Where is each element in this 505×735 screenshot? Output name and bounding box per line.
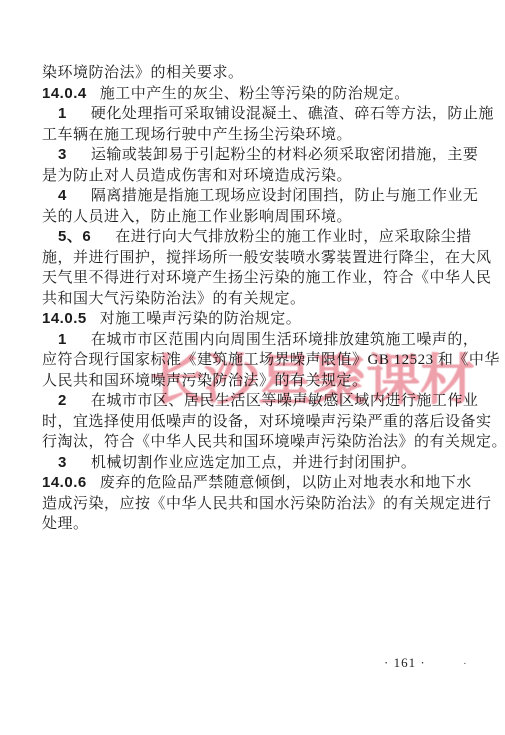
clause-number: 14.0.4 [42, 85, 87, 102]
text-line: 14.0.5对施工噪声污染的防治规定。 [42, 309, 463, 330]
text-line: 14.0.6废弃的危险品严禁随意倾倒，以防止对地表水和地下水 [42, 473, 463, 494]
text-line: 是为防止对人员造成伤害和对环境造成污染。 [42, 166, 463, 187]
clause-number: 14.0.5 [42, 310, 87, 327]
clause-number: 2 [58, 392, 67, 409]
text-line: 处理。 [42, 514, 463, 535]
text-line: 行淘汰，符合《中华人民共和国环境噪声污染防治法》的有关规定。 [42, 432, 463, 453]
text-line: 共和国大气污染防治法》的有关规定。 [42, 289, 463, 310]
text-line: 2在城市市区、居民生活区等噪声敏感区域内进行施工作业 [42, 391, 463, 412]
text-line: 3运输或装卸易于引起粉尘的材料必须采取密闭措施，主要 [42, 145, 463, 166]
clause-number: 4 [58, 187, 67, 204]
line-text: 机械切割作业应选定加工点，并进行封闭围护。 [91, 455, 417, 471]
line-text: 天气里不得进行对环境产生扬尘污染的施工作业，符合《中华人民 [42, 270, 492, 286]
line-text: 关的人员进入，防止施工作业影响周围环境。 [42, 209, 352, 225]
clause-number: 3 [58, 454, 67, 471]
clause-number: 1 [58, 331, 67, 348]
text-line: 3机械切割作业应选定加工点，并进行封闭围护。 [42, 453, 463, 474]
line-text: 硬化处理指可采取铺设混凝土、礁渣、碎石等方法，防止施 [91, 106, 494, 122]
line-text: 造成污染，应按《中华人民共和国水污染防治法》的有关规定进行 [42, 496, 492, 512]
line-text: 在进行向大气排放粉尘的施工作业时，应采取除尘措 [115, 229, 472, 245]
line-text: 在城市市区范围内向周围生活环境排放建筑施工噪声的， [91, 332, 479, 348]
body-text: 染环境防治法》的相关要求。14.0.4施工中产生的灰尘、粉尘等污染的防治规定。1… [42, 63, 463, 535]
clause-number: 14.0.6 [42, 474, 87, 491]
line-text: 共和国大气污染防治法》的有关规定。 [42, 291, 306, 307]
line-text: 在城市市区、居民生活区等噪声敏感区域内进行施工作业 [91, 393, 479, 409]
clause-number: 3 [58, 146, 67, 163]
clause-number: 1 [58, 105, 67, 122]
scan-artifact-dot: · [463, 658, 467, 670]
page-number: · 161 · [384, 655, 426, 671]
text-line: 天气里不得进行对环境产生扬尘污染的施工作业，符合《中华人民 [42, 268, 463, 289]
line-text: 应符合现行国家标准《建筑施工场界噪声限值》GB 12523 和《中华 [42, 352, 500, 368]
line-text: 对施工噪声污染的防治规定。 [100, 311, 302, 327]
line-text: 染环境防治法》的相关要求。 [42, 65, 244, 81]
line-text: 废弃的危险品严禁随意倾倒，以防止对地表水和地下水 [100, 475, 472, 491]
text-line: 人民共和国环境噪声污染防治法》的有关规定。 [42, 371, 463, 392]
text-line: 造成污染，应按《中华人民共和国水污染防治法》的有关规定进行 [42, 494, 463, 515]
text-line: 时，宜选择使用低噪声的设备，对环境噪声污染严重的落后设备实 [42, 412, 463, 433]
document-page: 染环境防治法》的相关要求。14.0.4施工中产生的灰尘、粉尘等污染的防治规定。1… [0, 0, 505, 735]
line-text: 行淘汰，符合《中华人民共和国环境噪声污染防治法》的有关规定。 [42, 434, 505, 450]
text-line: 施，并进行围护，搅拌场所一般安装喷水雾装置进行降尘，在大风 [42, 248, 463, 269]
line-text: 处理。 [42, 516, 89, 532]
text-line: 4隔离措施是指施工现场应设封闭围挡，防止与施工作业无 [42, 186, 463, 207]
text-line: 染环境防治法》的相关要求。 [42, 63, 463, 84]
line-text: 施工中产生的灰尘、粉尘等污染的防治规定。 [100, 86, 410, 102]
text-line: 5、6在进行向大气排放粉尘的施工作业时，应采取除尘措 [42, 227, 463, 248]
text-line: 14.0.4施工中产生的灰尘、粉尘等污染的防治规定。 [42, 84, 463, 105]
line-text: 运输或装卸易于引起粉尘的材料必须采取密闭措施，主要 [91, 147, 479, 163]
text-line: 工车辆在施工现场行驶中产生扬尘污染环境。 [42, 125, 463, 146]
line-text: 时，宜选择使用低噪声的设备，对环境噪声污染严重的落后设备实 [42, 414, 492, 430]
line-text: 隔离措施是指施工现场应设封闭围挡，防止与施工作业无 [91, 188, 479, 204]
clause-number: 5、6 [58, 228, 91, 245]
text-line: 关的人员进入，防止施工作业影响周围环境。 [42, 207, 463, 228]
line-text: 工车辆在施工现场行驶中产生扬尘污染环境。 [42, 127, 352, 143]
line-text: 是为防止对人员造成伤害和对环境造成污染。 [42, 168, 352, 184]
text-line: 1在城市市区范围内向周围生活环境排放建筑施工噪声的， [42, 330, 463, 351]
line-text: 人民共和国环境噪声污染防治法》的有关规定。 [42, 373, 368, 389]
text-line: 1硬化处理指可采取铺设混凝土、礁渣、碎石等方法，防止施 [42, 104, 463, 125]
line-text: 施，并进行围护，搅拌场所一般安装喷水雾装置进行降尘，在大风 [42, 250, 492, 266]
text-line: 应符合现行国家标准《建筑施工场界噪声限值》GB 12523 和《中华 [42, 350, 463, 371]
